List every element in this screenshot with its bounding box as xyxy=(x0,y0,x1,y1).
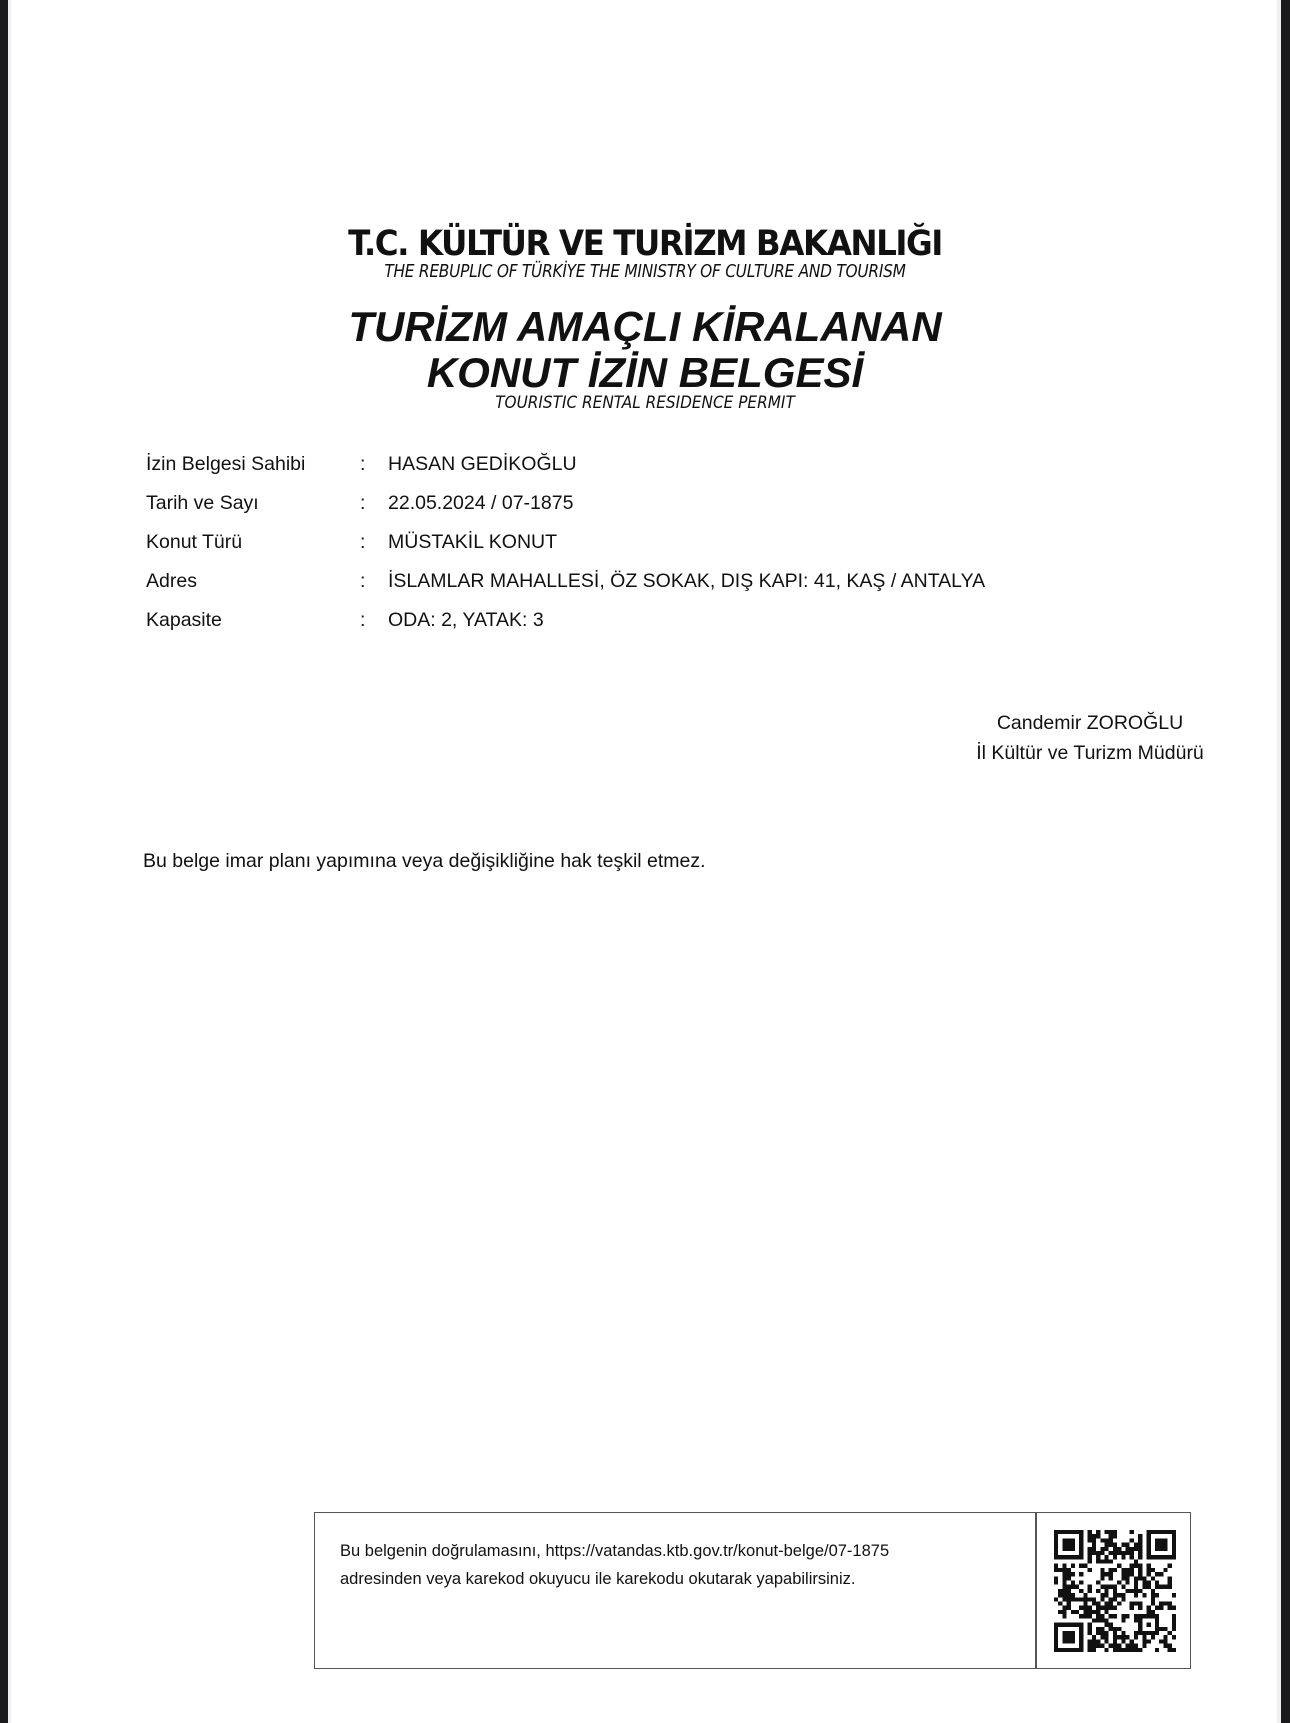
ministry-heading-english: THE REBUPLIC OF TÜRKİYE THE MINISTRY OF … xyxy=(77,261,1212,283)
field-value: HASAN GEDİKOĞLU xyxy=(388,448,577,480)
viewer-left-edge xyxy=(0,0,8,1723)
field-label: Konut Türü xyxy=(146,526,242,558)
signatory-name: Candemir ZOROĞLU xyxy=(900,708,1280,738)
field-label: İzin Belgesi Sahibi xyxy=(146,448,305,480)
field-label: Adres xyxy=(146,565,197,597)
verification-line2: adresinden veya karekod okuyucu ile kare… xyxy=(340,1565,889,1593)
qr-code-icon xyxy=(1054,1530,1176,1652)
field-label: Kapasite xyxy=(146,604,222,636)
field-value: 22.05.2024 / 07-1875 xyxy=(388,487,573,519)
field-separator: : xyxy=(360,565,365,597)
verification-line1: Bu belgenin doğrulamasını, https://vatan… xyxy=(340,1537,889,1565)
field-separator: : xyxy=(360,448,365,480)
zoning-notice: Bu belge imar planı yapımına veya değişi… xyxy=(143,846,706,876)
field-separator: : xyxy=(360,526,365,558)
signatory-title: İl Kültür ve Turizm Müdürü xyxy=(900,738,1280,768)
verification-divider xyxy=(1035,1513,1037,1668)
document-title-english: TOURISTIC RENTAL RESIDENCE PERMIT xyxy=(65,392,1226,414)
page-shadow-left xyxy=(8,0,11,1723)
verification-box: Bu belgenin doğrulamasını, https://vatan… xyxy=(314,1512,1191,1669)
viewer-right-edge xyxy=(1281,0,1290,1723)
verification-text: Bu belgenin doğrulamasını, https://vatan… xyxy=(340,1537,889,1593)
document-title-line1: TURİZM AMAÇLI KİRALANAN xyxy=(0,304,1290,350)
field-value: MÜSTAKİL KONUT xyxy=(388,526,557,558)
field-value: ODA: 2, YATAK: 3 xyxy=(388,604,544,636)
field-separator: : xyxy=(360,604,365,636)
field-separator: : xyxy=(360,487,365,519)
field-label: Tarih ve Sayı xyxy=(146,487,259,519)
signatory-block: Candemir ZOROĞLU İl Kültür ve Turizm Müd… xyxy=(900,708,1280,768)
ministry-heading: T.C. KÜLTÜR VE TURİZM BAKANLIĞI xyxy=(45,224,1245,264)
document-title-line2: KONUT İZİN BELGESİ xyxy=(0,350,1290,396)
field-value: İSLAMLAR MAHALLESİ, ÖZ SOKAK, DIŞ KAPI: … xyxy=(388,565,985,597)
